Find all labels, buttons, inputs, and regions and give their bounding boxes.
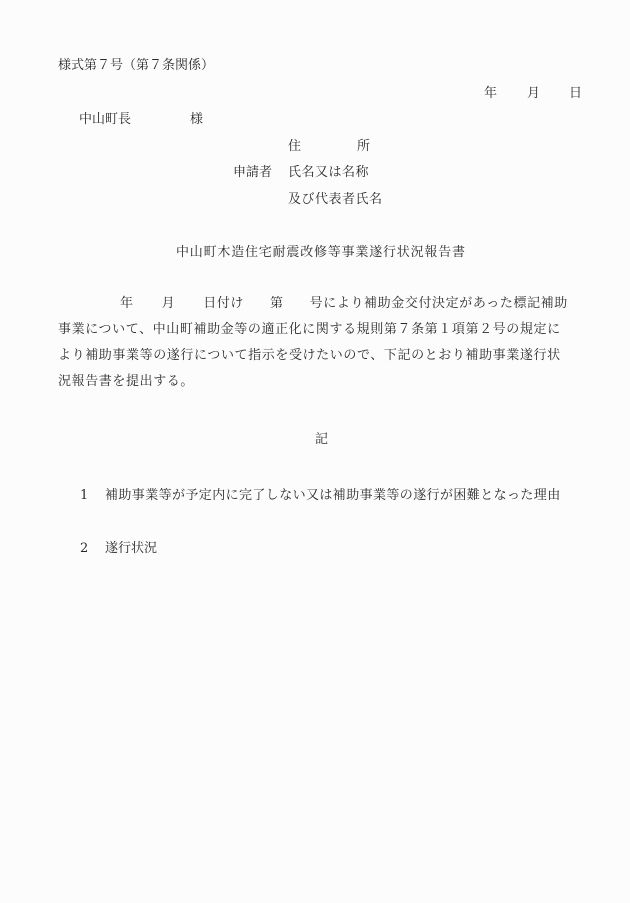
body-line-4: 況報告書を提出する。 <box>58 369 582 395</box>
ki-heading: 記 <box>315 432 328 448</box>
applicant-address-label-2: 所 <box>357 139 370 155</box>
date-month-label: 月 <box>527 86 540 102</box>
date-day-label: 日 <box>569 86 582 102</box>
form-number: 様式第７号（第７条関係） <box>58 58 214 74</box>
applicant-representative-label: 及び代表者氏名 <box>288 192 383 208</box>
body-paragraph: 年月日付け第号により補助金交付決定があった標記補助 事業について、中山町補助金等… <box>58 291 582 395</box>
date-line: 年 <box>484 86 497 102</box>
body-month-label: 月 <box>162 296 176 311</box>
item-2-number: 2 <box>80 541 88 557</box>
body-number-prefix: 第 <box>270 296 284 311</box>
addressee-name: 中山町長 <box>79 112 131 128</box>
body-line-1-rest: 号により補助金交付決定があった標記補助 <box>310 296 568 311</box>
body-line-1: 年月日付け第号により補助金交付決定があった標記補助 <box>58 291 582 317</box>
document-title: 中山町木造住宅耐震改修等事業遂行状況報告書 <box>176 245 466 261</box>
body-day-label: 日付け <box>203 296 244 311</box>
body-line-2: 事業について、中山町補助金等の適正化に関する規則第７条第１項第２号の規定に <box>58 317 582 343</box>
addressee-honorific: 様 <box>190 112 203 128</box>
applicant-address-label-1: 住 <box>288 139 301 155</box>
applicant-label: 申請者 <box>233 165 272 181</box>
body-year-label: 年 <box>120 296 134 311</box>
item-2-text: 遂行状況 <box>105 541 157 557</box>
body-line-3: より補助事業等の遂行について指示を受けたいので、下記のとおり補助事業遂行状 <box>58 343 582 369</box>
item-1-text: 補助事業等が予定内に完了しない又は補助事業等の遂行が困難となった理由 <box>105 488 561 504</box>
date-year-label: 年 <box>484 86 497 101</box>
item-1-number: 1 <box>80 488 88 504</box>
applicant-name-label: 氏名又は名称 <box>288 165 369 181</box>
